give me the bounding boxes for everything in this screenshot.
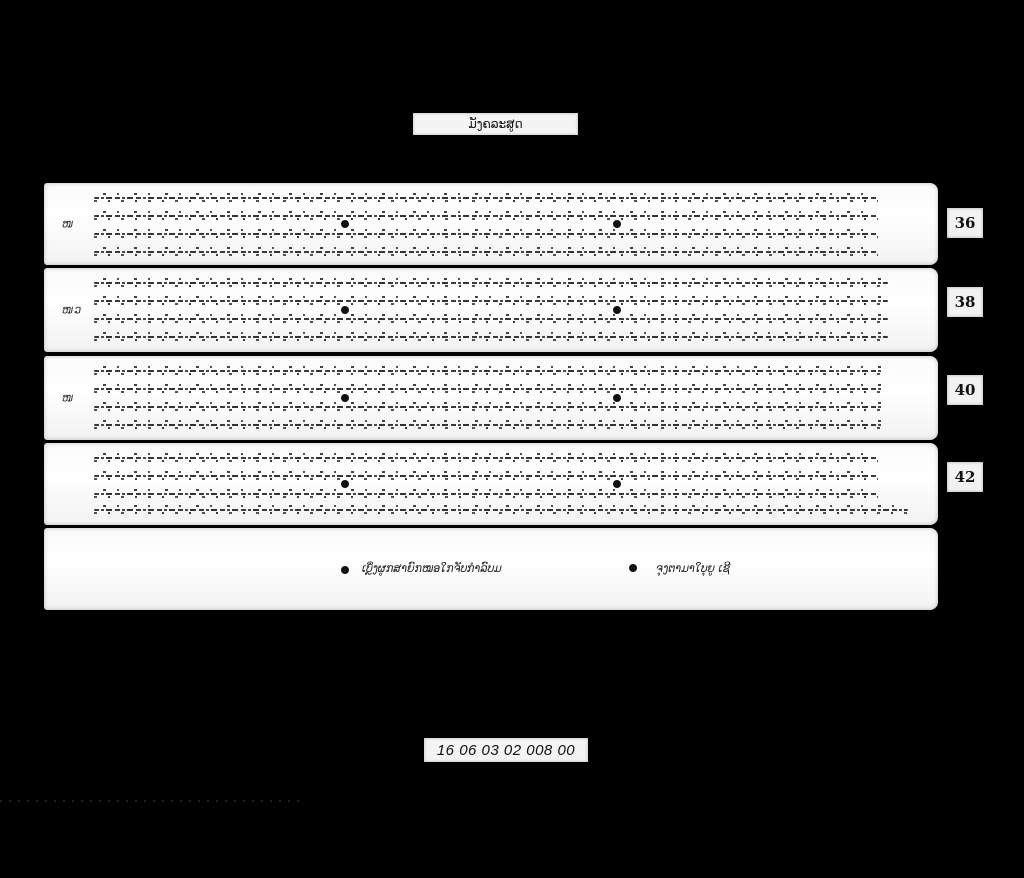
script-line xyxy=(94,406,883,408)
colophon-text-right: ຈຸງຕາມາໃບຸຍູ ເຊີ xyxy=(656,562,730,575)
palm-leaf-folio-38: ໜວ xyxy=(44,268,938,352)
binding-hole xyxy=(613,306,621,314)
script-line xyxy=(94,197,878,199)
folio-number: 36 xyxy=(955,214,976,232)
folio-number-label: 42 xyxy=(947,462,983,492)
folio-number-label: 38 xyxy=(947,287,983,317)
manuscript-title-label: ມັງຄລະສູດ xyxy=(413,113,578,135)
script-line xyxy=(94,251,878,253)
script-line xyxy=(94,509,908,511)
binding-hole xyxy=(613,394,621,402)
binding-hole xyxy=(613,220,621,228)
script-line xyxy=(94,318,888,320)
script-line xyxy=(94,424,883,426)
palm-leaf-final-colophon: ເບຼຶ່ງຜູກສາຍົກໝອໃກຈັບກຳລົບມ ຈຸງຕາມາໃບຸຍູ… xyxy=(44,528,938,610)
script-line xyxy=(94,388,883,390)
leaf-margin-mark: ໜວ xyxy=(62,304,82,317)
binding-hole xyxy=(613,480,621,488)
leaf-margin-mark: ໜ xyxy=(62,392,74,405)
binding-hole xyxy=(341,220,349,228)
catalog-number: 16 06 03 02 008 00 xyxy=(437,742,575,759)
leaf-margin-mark: ໜ xyxy=(62,218,74,231)
script-line xyxy=(94,282,888,284)
script-line xyxy=(94,370,883,372)
script-line xyxy=(94,300,888,302)
folio-number-label: 40 xyxy=(947,375,983,405)
scan-noise xyxy=(0,800,300,802)
script-line xyxy=(94,475,878,477)
palm-leaf-folio-40: ໜ xyxy=(44,356,938,440)
manuscript-title: ມັງຄລະສູດ xyxy=(468,117,522,131)
folio-number: 40 xyxy=(955,381,976,399)
palm-leaf-folio-36: ໜ xyxy=(44,183,938,265)
folio-number-label: 36 xyxy=(947,208,983,238)
colophon-text-left: ເບຼຶ່ງຜູກສາຍົກໝອໃກຈັບກຳລົບມ xyxy=(362,562,502,575)
palm-leaf-folio-42 xyxy=(44,443,938,525)
binding-hole xyxy=(341,566,349,574)
script-line xyxy=(94,336,888,338)
catalog-number-label: 16 06 03 02 008 00 xyxy=(424,738,588,762)
script-line xyxy=(94,233,878,235)
binding-hole xyxy=(629,564,637,572)
script-line xyxy=(94,493,878,495)
binding-hole xyxy=(341,394,349,402)
script-line xyxy=(94,457,878,459)
folio-number: 38 xyxy=(955,293,976,311)
binding-hole xyxy=(341,306,349,314)
binding-hole xyxy=(341,480,349,488)
folio-number: 42 xyxy=(955,468,976,486)
script-line xyxy=(94,215,878,217)
